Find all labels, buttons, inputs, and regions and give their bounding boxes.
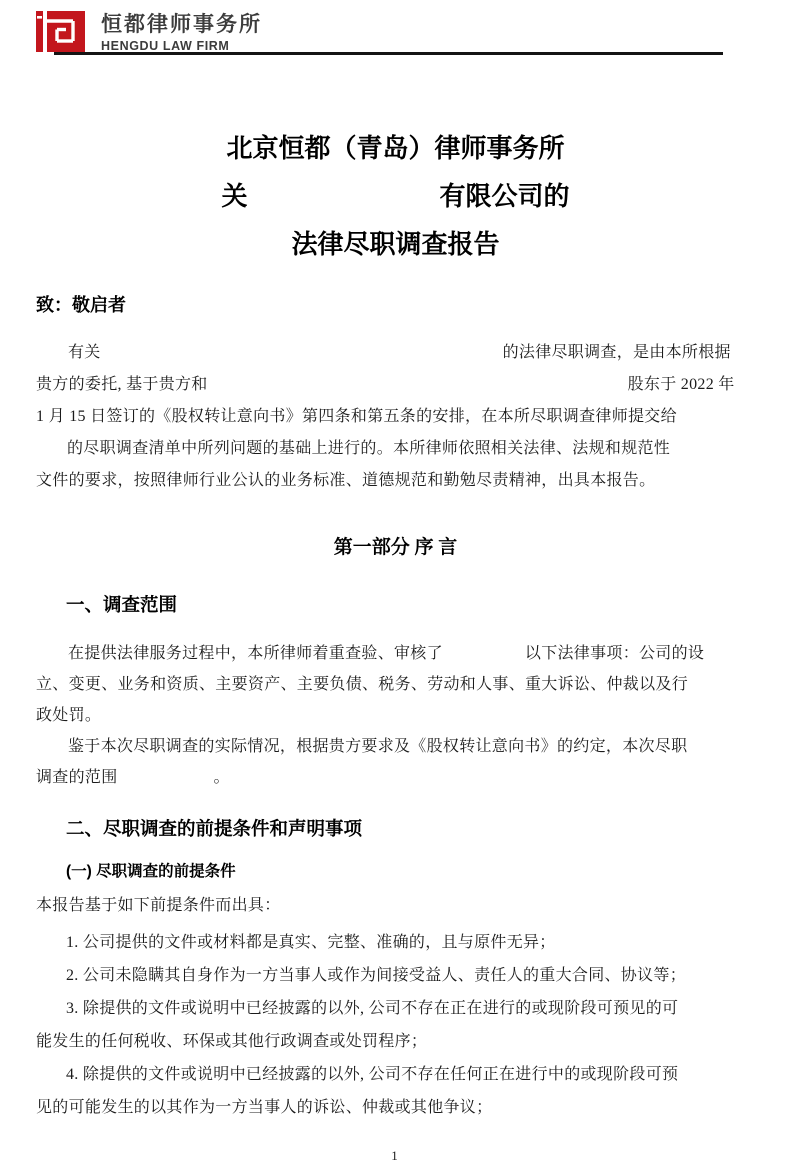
s1-p2-line2: 调查的范围。	[36, 762, 755, 793]
section1-heading: 一、调查范围	[36, 593, 755, 617]
document-page: 恒都律师事务所 HENGDU LAW FIRM 北京恒都（青岛）律师事务所 关有…	[0, 0, 789, 1176]
salutation: 致：敬启者	[36, 293, 755, 317]
list-item: 2. 公司未隐瞒其自身作为一方当事人或作为间接受益人、责任人的重大合同、协议等；	[36, 959, 755, 992]
section2-lead: 本报告基于如下前提条件而出具：	[36, 895, 755, 917]
s1-p2-line2-pre: 调查的范围	[36, 769, 118, 786]
intro-line-2: 贵方的委托, 基于贵方和股东于 2022 年	[36, 369, 755, 401]
intro-line-3: 1 月 15 日签订的《股权转让意向书》第四条和第五条的安排，在本所尽职调查律师…	[36, 401, 755, 433]
section2-heading: 二、尽职调查的前提条件和声明事项	[36, 817, 755, 841]
s1-p2-line2-post: 。	[214, 769, 230, 786]
section2-sub-heading: (一) 尽职调查的前提条件	[36, 861, 755, 883]
intro-line-2-pre: 贵方的委托, 基于贵方和	[36, 376, 208, 393]
redacted-matter-name	[101, 356, 503, 357]
intro-line-4-post: 的尽职调查清单中所列问题的基础上进行的。本所律师依照相关法律、法规和规范性	[67, 440, 670, 457]
intro-line-1: 有关的法律尽职调查，是由本所根据	[36, 337, 755, 369]
s1-p1-line1-post: 以下法律事项：公司的设	[525, 645, 704, 662]
hengdu-logo-icon	[36, 10, 92, 52]
report-title-line2-prefix: 关	[221, 182, 247, 211]
s1-p2-line1: 鉴于本次尽职调查的实际情况，根据贵方要求及《股权转让意向书》的约定，本次尽职	[36, 731, 755, 762]
report-title-line2: 关有限公司的	[36, 173, 755, 221]
redacted-company-name	[248, 204, 440, 205]
section1-paragraph1: 在提供法律服务过程中，本所律师着重查验、审核了以下法律事项：公司的设 立、变更、…	[36, 638, 755, 731]
intro-line-1-pre: 有关	[68, 344, 101, 361]
s1-p1-line1-pre: 在提供法律服务过程中，本所律师着重查验、审核了	[68, 645, 443, 662]
report-title-line3: 法律尽职调查报告	[36, 221, 755, 269]
redacted-target-name	[443, 657, 525, 658]
redacted-company-short	[36, 452, 67, 453]
intro-line-5: 文件的要求，按照律师行业公认的业务标准、道德规范和勤勉尽责精神，出具本报告。	[36, 465, 755, 497]
s1-p1-line1: 在提供法律服务过程中，本所律师着重查验、审核了以下法律事项：公司的设	[36, 638, 755, 669]
s1-p1-line2: 立、变更、业务和资质、主要资产、主要负债、税务、劳动和人事、重大诉讼、仲裁以及行	[36, 669, 755, 700]
intro-line-2-post: 股东于 2022 年	[628, 376, 735, 393]
list-item: 3. 除提供的文件或说明中已经披露的以外, 公司不存在正在进行的或现阶段可预见的…	[36, 992, 755, 1025]
page-number: 1	[0, 1148, 789, 1164]
list-item: 1. 公司提供的文件或材料都是真实、完整、准确的，且与原件无异；	[36, 926, 755, 959]
intro-paragraph: 有关的法律尽职调查，是由本所根据 贵方的委托, 基于贵方和股东于 2022 年 …	[36, 337, 755, 497]
list-item-continuation: 见的可能发生的以其作为一方当事人的诉讼、仲裁或其他争议；	[36, 1091, 755, 1124]
redacted-scope	[118, 781, 214, 782]
report-title: 北京恒都（青岛）律师事务所 关有限公司的 法律尽职调查报告	[36, 125, 755, 269]
s1-p1-line3: 政处罚。	[36, 700, 755, 731]
list-item-continuation: 能发生的任何税收、环保或其他行政调查或处罚程序；	[36, 1025, 755, 1058]
intro-line-4: 的尽职调查清单中所列问题的基础上进行的。本所律师依照相关法律、法规和规范性	[36, 433, 755, 465]
section1-paragraph2: 鉴于本次尽职调查的实际情况，根据贵方要求及《股权转让意向书》的约定，本次尽职 调…	[36, 731, 755, 793]
report-title-line1: 北京恒都（青岛）律师事务所	[36, 125, 755, 173]
redacted-shareholder-name	[208, 388, 628, 389]
letterhead: 恒都律师事务所 HENGDU LAW FIRM	[0, 0, 789, 55]
brand-name-en: HENGDU LAW FIRM	[101, 39, 262, 53]
intro-line-1-post: 的法律尽职调查，是由本所根据	[503, 344, 731, 361]
part1-heading: 第一部分 序 言	[36, 535, 755, 561]
precondition-list: 1. 公司提供的文件或材料都是真实、完整、准确的，且与原件无异； 2. 公司未隐…	[36, 926, 755, 1124]
list-item: 4. 除提供的文件或说明中已经披露的以外, 公司不存在任何正在进行中的或现阶段可…	[36, 1058, 755, 1091]
brand-name-cn: 恒都律师事务所	[101, 13, 262, 37]
s1-p2-line1-text: 鉴于本次尽职调查的实际情况，根据贵方要求及《股权转让意向书》的约定，本次尽职	[68, 738, 687, 755]
report-title-line2-suffix: 有限公司的	[440, 182, 570, 211]
